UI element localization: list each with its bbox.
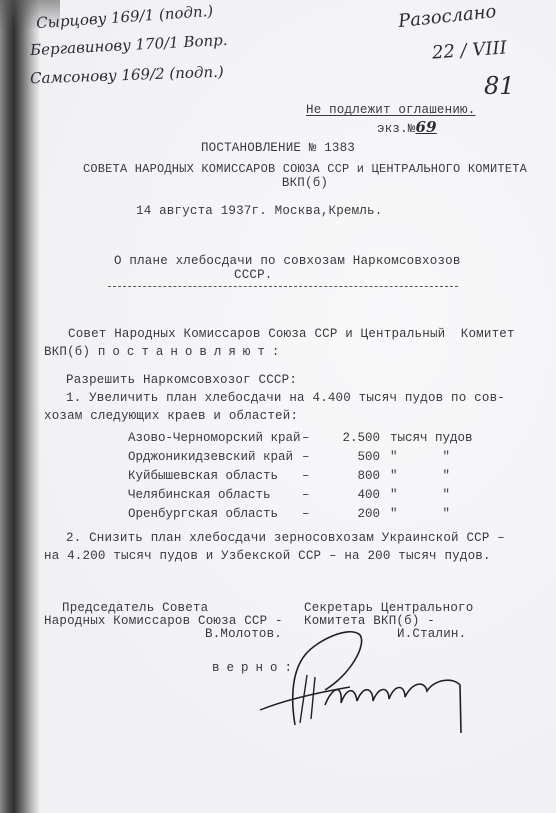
region-unit: " " — [390, 507, 450, 521]
document-page: Сырцову 169/1 (подп.) Бергавинову 170/1 … — [0, 0, 556, 813]
binding-spine-shadow — [0, 0, 40, 813]
region-row: Куйбышевская область–800" " — [128, 469, 488, 488]
region-name: Челябинская область — [128, 488, 271, 502]
region-amount: 500 — [357, 450, 380, 464]
resolution-verb: постановляют: — [98, 345, 287, 359]
region-amount: 800 — [357, 469, 380, 483]
copy-number-line: экз.№69 — [377, 118, 437, 136]
region-dash: – — [302, 507, 310, 521]
region-row: Азово-Черноморский край–2.500тысяч пудов — [128, 431, 488, 450]
party-abbrev: ВКП(б) — [44, 345, 90, 359]
issuer-line-2: ВКП(б) — [70, 176, 540, 190]
region-row: Орджоникидзевский край–500" " — [128, 450, 488, 469]
subject-line-2: СССР. — [234, 268, 273, 282]
region-dash: – — [302, 431, 310, 445]
preamble-line-2: ВКП(б) постановляют: — [44, 345, 286, 359]
item-2-line-2: на 4.200 тысяч пудов и Узбекской ССР – н… — [44, 549, 491, 563]
permission-line: Разрешить Наркомсовхозог СССР: — [66, 373, 297, 387]
handwritten-sent-note: Разослано — [397, 1, 497, 32]
decree-title: ПОСТАНОВЛЕНИЕ № 1383 — [0, 141, 556, 155]
region-unit: тысяч пудов — [390, 431, 473, 445]
issuer-line-1: СОВЕТА НАРОДНЫХ КОМИССАРОВ СОЮЗА ССР и Ц… — [70, 162, 540, 176]
region-dash: – — [302, 450, 310, 464]
region-amount: 200 — [357, 507, 380, 521]
region-unit: " " — [390, 450, 450, 464]
region-amount: 400 — [357, 488, 380, 502]
region-name: Куйбышевская область — [128, 469, 278, 483]
region-dash: – — [302, 488, 310, 502]
region-name: Оренбургская область — [128, 507, 278, 521]
date-place: 14 августа 1937г. Москва,Кремль. — [136, 204, 382, 218]
certifying-signature — [255, 615, 475, 735]
region-amount: 2.500 — [342, 431, 380, 445]
item-1-line-1: 1. Увеличить план хлебосдачи на 4.400 ты… — [66, 391, 505, 405]
region-unit: " " — [390, 488, 450, 502]
copy-label: экз.№ — [377, 122, 416, 136]
region-unit: " " — [390, 469, 450, 483]
handwritten-routing-note-2: Бергавинову 170/1 Вопр. — [30, 31, 228, 59]
region-row: Оренбургская область–200" " — [128, 507, 488, 526]
handwritten-page-number: 81 — [484, 72, 515, 100]
title-divider — [108, 286, 458, 287]
subject-line-1: О плане хлебосдачи по совхозам Наркомсов… — [114, 254, 461, 268]
region-name: Азово-Черноморский край — [128, 431, 301, 445]
item-1-line-2: хозам следующих краев и областей: — [44, 409, 298, 423]
handwritten-date-note: 22 / VIII — [431, 37, 507, 63]
classification-stamp: Не подлежит оглашению. — [306, 103, 475, 117]
preamble-line-1: Совет Народных Комиссаров Союза ССР и Це… — [68, 327, 515, 341]
secretary-title-1: Секретарь Центрального — [304, 601, 473, 615]
region-name: Орджоникидзевский край — [128, 450, 293, 464]
chairman-title-1: Председатель Совета — [62, 601, 208, 615]
handwritten-routing-note-1: Сырцову 169/1 (подп.) — [36, 2, 214, 32]
region-dash: – — [302, 469, 310, 483]
region-row: Челябинская область–400" " — [128, 488, 488, 507]
chairman-title-2: Народных Комиссаров Союза ССР - — [44, 614, 283, 628]
item-2-line-1: 2. Снизить план хлебосдачи зерносовхозам… — [66, 531, 505, 545]
copy-number-handwritten: 69 — [416, 118, 437, 136]
handwritten-routing-note-3: Самсонову 169/2 (подп.) — [30, 63, 224, 88]
